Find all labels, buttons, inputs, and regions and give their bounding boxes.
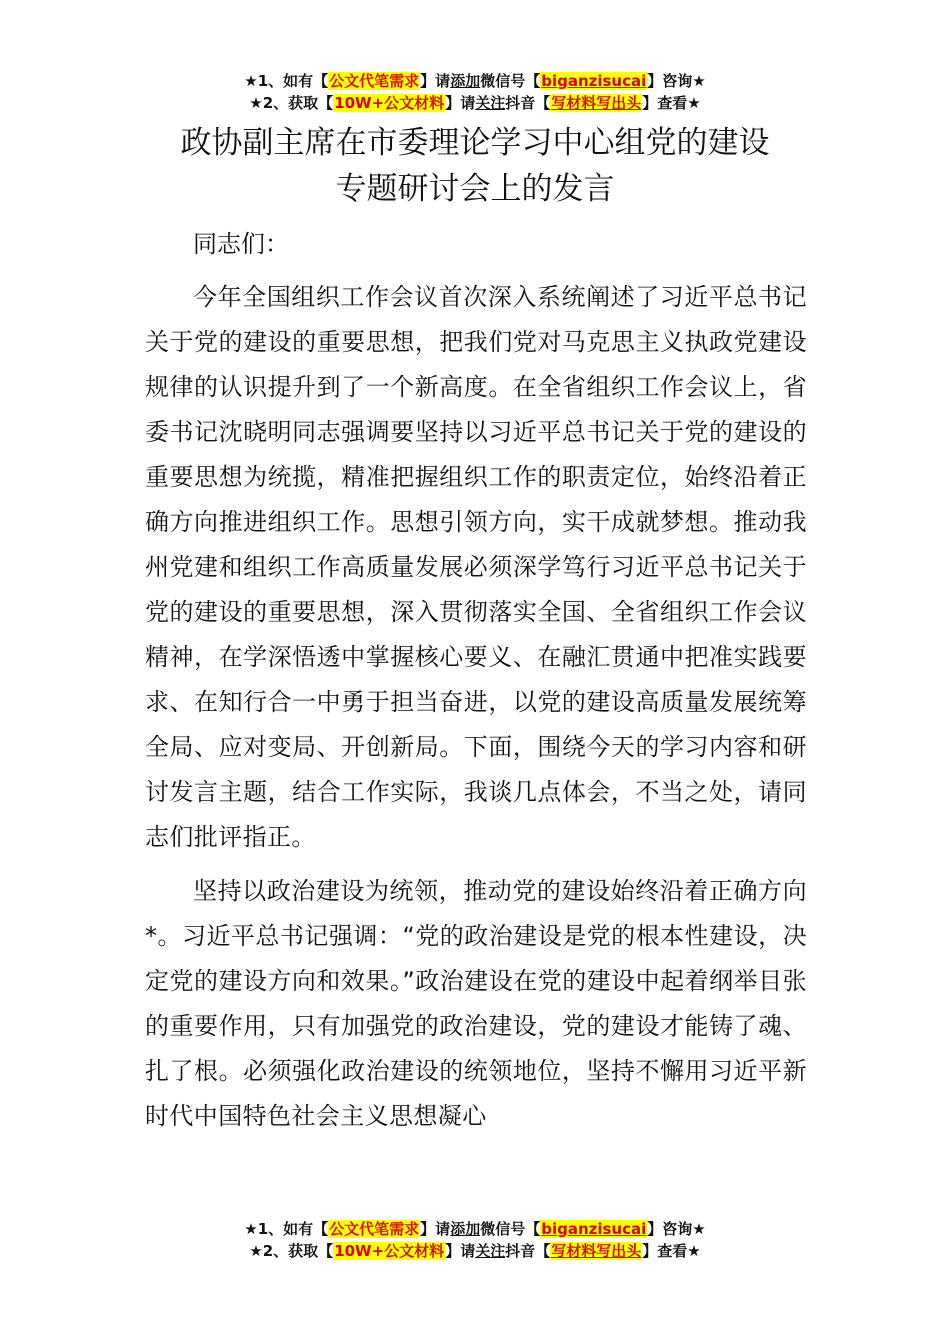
promo-text: 】请 xyxy=(445,94,475,112)
promo-text: 】查看★ xyxy=(642,1242,700,1260)
promo-highlight-wechat-id: biganzisucai xyxy=(540,1220,647,1238)
promo-text: 】请 xyxy=(420,72,450,90)
header-promo-line-2: ★2、获取【10W+公文材料】请关注抖音【写材料写出头】查看★ xyxy=(0,92,950,114)
promo-highlight-materials: 10W+公文材料 xyxy=(333,1242,445,1260)
document-body: 同志们： 今年全国组织工作会议首次深入系统阐述了习近平总书记关于党的建设的重要思… xyxy=(145,222,807,1148)
promo-text: ★2、获取【 xyxy=(249,94,333,112)
promo-text: 】查看★ xyxy=(642,94,700,112)
paragraph-intro: 今年全国组织工作会议首次深入系统阐述了习近平总书记关于党的建设的重要思想，把我们… xyxy=(145,275,807,860)
title-line-2: 专题研讨会上的发言 xyxy=(0,166,950,212)
promo-underlined-add: 添加 xyxy=(450,72,480,90)
promo-text: 】请 xyxy=(445,1242,475,1260)
header-promo-line-1: ★1、如有【公文代笔需求】请添加微信号【biganzisucai】咨询★ xyxy=(0,70,950,92)
promo-highlight-douyin-account: 写材料写出头 xyxy=(550,1242,642,1260)
promo-text: ★2、获取【 xyxy=(249,1242,333,1260)
promo-highlight-wechat-id: biganzisucai xyxy=(540,72,647,90)
promo-text: 】咨询★ xyxy=(647,1220,705,1238)
promo-highlight-ghostwriting: 公文代笔需求 xyxy=(328,1220,420,1238)
promo-highlight-materials: 10W+公文材料 xyxy=(333,94,445,112)
paragraph-political-building: 坚持以政治建设为统领，推动党的建设始终沿着正确方向*。习近平总书记强调：“党的政… xyxy=(145,869,807,1139)
promo-underlined-follow: 关注 xyxy=(475,1242,505,1260)
promo-text: 微信号【 xyxy=(480,72,540,90)
promo-text: 抖音【 xyxy=(505,1242,550,1260)
promo-highlight-douyin-account: 写材料写出头 xyxy=(550,94,642,112)
document-title: 政协副主席在市委理论学习中心组党的建设 专题研讨会上的发言 xyxy=(0,120,950,212)
footer-promo-line-2: ★2、获取【10W+公文材料】请关注抖音【写材料写出头】查看★ xyxy=(0,1240,950,1262)
promo-text: 】咨询★ xyxy=(647,72,705,90)
header-promo: ★1、如有【公文代笔需求】请添加微信号【biganzisucai】咨询★ ★2、… xyxy=(0,70,950,114)
promo-text: ★1、如有【 xyxy=(244,72,328,90)
promo-highlight-ghostwriting: 公文代笔需求 xyxy=(328,72,420,90)
salutation: 同志们： xyxy=(145,222,807,267)
promo-text: 】请 xyxy=(420,1220,450,1238)
footer-promo: ★1、如有【公文代笔需求】请添加微信号【biganzisucai】咨询★ ★2、… xyxy=(0,1218,950,1262)
footer-promo-line-1: ★1、如有【公文代笔需求】请添加微信号【biganzisucai】咨询★ xyxy=(0,1218,950,1240)
promo-text: ★1、如有【 xyxy=(244,1220,328,1238)
promo-text: 微信号【 xyxy=(480,1220,540,1238)
title-line-1: 政协副主席在市委理论学习中心组党的建设 xyxy=(0,120,950,166)
promo-underlined-add: 添加 xyxy=(450,1220,480,1238)
promo-underlined-follow: 关注 xyxy=(475,94,505,112)
promo-text: 抖音【 xyxy=(505,94,550,112)
